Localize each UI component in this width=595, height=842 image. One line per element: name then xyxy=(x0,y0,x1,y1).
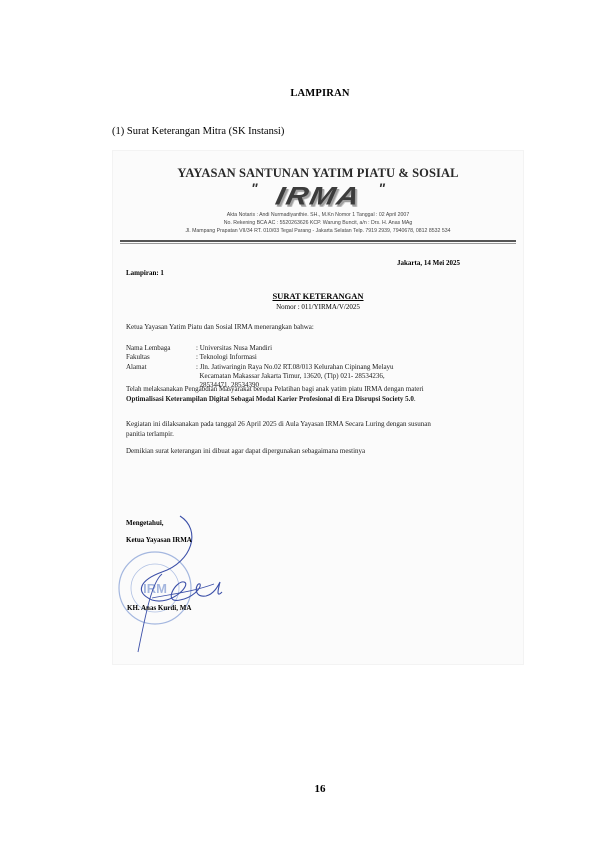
page-heading: LAMPIRAN xyxy=(0,88,595,99)
letter-paragraph-closing: Demikian surat keterangan ini dibuat aga… xyxy=(126,447,446,457)
letterhead-info-address: Jl. Mampang Prapatan VII/34 RT. 010/03 T… xyxy=(112,229,524,234)
activity-text: Telah melaksanakan Pengabdian Masyarakat… xyxy=(126,385,424,393)
activity-period: . xyxy=(414,395,416,403)
letter-intro: Ketua Yayasan Yatim Piatu dan Sosial IRM… xyxy=(126,323,446,333)
letter-date: Jakarta, 14 Mei 2025 xyxy=(397,259,460,267)
logo-quote-close: " xyxy=(378,180,385,196)
field-row: Nama Lembaga : Universitas Nusa Mandiri xyxy=(126,344,446,353)
field-label: Fakultas xyxy=(126,353,196,362)
field-value: : Teknologi Informasi xyxy=(196,353,446,362)
letterhead-info-notary: Akta Notaris : Andi Nurmadiyanthie. SH.,… xyxy=(112,213,524,218)
activity-topic: Optimalisasi Keterampilan Digital Sebaga… xyxy=(126,395,414,403)
letterhead-divider xyxy=(120,240,516,244)
logo-quote-open: " xyxy=(251,180,258,196)
field-row: Kecamatan Makassar Jakarta Timur, 13620,… xyxy=(126,372,446,381)
letterhead-logo: " IRMA " xyxy=(112,180,524,214)
letterhead-info-bank: No. Rekening BCA AC : 5520263626 KCP. Wa… xyxy=(112,221,524,226)
letterhead-title: YAYASAN SANTUNAN YATIM PIATU & SOSIAL xyxy=(112,166,524,181)
field-label: Nama Lembaga xyxy=(126,344,196,353)
logo-text: IRMA xyxy=(273,183,364,212)
letter-number: Nomor : 011/YIRMA/V/2025 xyxy=(112,303,524,311)
letter-paragraph-activity: Telah melaksanakan Pengabdian Masyarakat… xyxy=(126,385,456,404)
letter-fields: Nama Lembaga : Universitas Nusa Mandiri … xyxy=(126,344,446,390)
field-row: Alamat : Jln. Jatiwaringin Raya No.02 RT… xyxy=(126,363,446,372)
signatory-role: Ketua Yayasan IRMA xyxy=(126,536,192,544)
field-label xyxy=(126,372,196,381)
signature-icon xyxy=(122,512,252,662)
field-label: Alamat xyxy=(126,363,196,372)
page-number: 16 xyxy=(0,783,595,795)
letter-attachment: Lampiran: 1 xyxy=(126,269,164,277)
letter-heading: SURAT KETERANGAN xyxy=(112,291,524,301)
field-value: : Jln. Jatiwaringin Raya No.02 RT.08/013… xyxy=(196,363,446,372)
letter-paragraph-schedule: Kegiatan ini dilaksanakan pada tanggal 2… xyxy=(126,420,446,439)
section-title: (1) Surat Keterangan Mitra (SK Instansi) xyxy=(112,126,284,137)
field-value: : Universitas Nusa Mandiri xyxy=(196,344,446,353)
signatory-name: KH. Anas Kurdi, MA xyxy=(127,604,191,612)
field-row: Fakultas : Teknologi Informasi xyxy=(126,353,446,362)
scanned-letter-image: YAYASAN SANTUNAN YATIM PIATU & SOSIAL " … xyxy=(112,150,524,665)
signature-acknowledged: Mengetahui, xyxy=(126,519,164,527)
field-value: Kecamatan Makassar Jakarta Timur, 13620,… xyxy=(196,372,446,381)
